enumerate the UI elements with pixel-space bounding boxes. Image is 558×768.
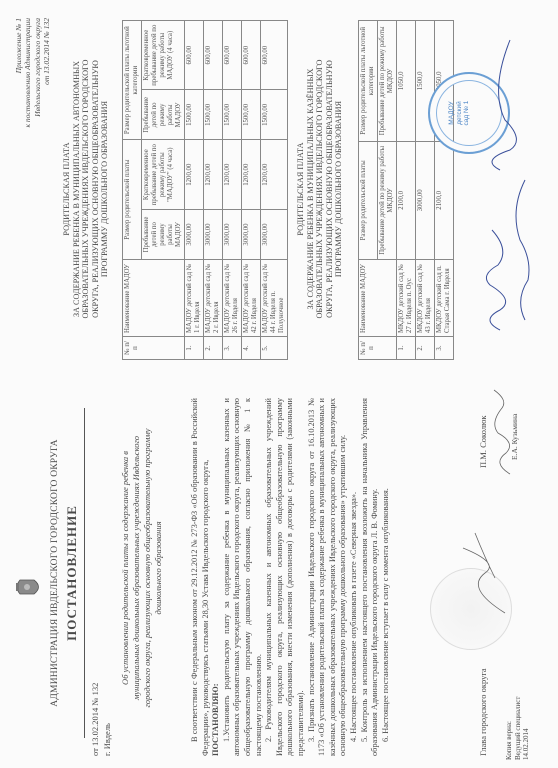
copy-date: 14.02.2014 bbox=[522, 697, 531, 760]
cell-num: 3. bbox=[223, 337, 242, 360]
table-row: 3.МКДОУ детский сад п. Старая Сама г. Ив… bbox=[435, 21, 454, 360]
cell-name: МАДОУ детский сад № 1 г. Ивделя bbox=[185, 260, 204, 337]
col-c4: Кратковременное пребывание детей по режи… bbox=[142, 21, 185, 90]
cell-c2: 1200,00 bbox=[242, 140, 261, 210]
cell-num: 1. bbox=[185, 337, 204, 360]
decree-item-1: 1.Установить родительскую плату за содер… bbox=[222, 398, 264, 756]
cell-name: МКДОУ детский сад № 43 г. Ивделя bbox=[416, 260, 435, 337]
header-divider bbox=[84, 408, 85, 738]
col-name: Наименование МАДОУ bbox=[123, 260, 185, 337]
col-group-benefit: Размер родительской платы льготной катег… bbox=[123, 21, 142, 140]
table-row: 2.МАДОУ детский сад № 2 г. Ивделя3000,00… bbox=[204, 21, 223, 360]
cell-c3: 1500,00 bbox=[204, 90, 223, 140]
title-line: ЗА СОДЕРЖАНИЕ РЕБЕНКА В МУНИЦИПАЛЬНЫХ КА… bbox=[306, 14, 316, 364]
cell-c2: 1050,0 bbox=[397, 21, 416, 142]
cell-c4: 600,00 bbox=[261, 21, 288, 90]
cell-c2: 1200,00 bbox=[185, 140, 204, 210]
table-row: 2.МКДОУ детский сад № 43 г. Ивделя3000,0… bbox=[416, 21, 435, 360]
copy-certification: Копия верна: Ведущий специалист 14.02.20… bbox=[505, 697, 531, 760]
state-fee-table: № п/п Наименование МАДОУ Размер родитель… bbox=[358, 20, 454, 360]
cell-num: 1. bbox=[397, 337, 416, 360]
resolves-heading: ПОСТАНОВЛЯЮ: bbox=[211, 398, 222, 756]
cell-num: 3. bbox=[435, 337, 454, 360]
cell-c1: 3000,00 bbox=[185, 210, 204, 260]
col-c3: Пребывание детей по режиму работы МАДОУ bbox=[142, 90, 185, 140]
cell-c1: 3000,00 bbox=[416, 141, 435, 259]
cell-c1: 3000,00 bbox=[242, 210, 261, 260]
cell-name: МАДОУ детский сад № 44 г. Ивделя п. Полу… bbox=[261, 260, 288, 337]
title-line: ОКРУГА, РЕАЛИЗУЮЩИХ ОСНОВНУЮ ОБЩЕОБРАЗОВ… bbox=[91, 14, 101, 364]
title-line: ПРОГРАММУ ДОШКОЛЬНОГО ОБРАЗОВАНИЯ bbox=[334, 14, 344, 364]
cell-c3: 1500,00 bbox=[242, 90, 261, 140]
copy-position: Ведущий специалист bbox=[514, 697, 523, 760]
document-type: ПОСТАНОВЛЕНИЕ bbox=[64, 408, 80, 738]
stamp-line: МАДОУ bbox=[448, 94, 456, 132]
decree-date-number: от 13.02.2014 № 132 bbox=[90, 683, 100, 756]
coat-of-arms-icon bbox=[14, 576, 44, 598]
title-line: ОБРАЗОВАТЕЛЬНЫХ УЧРЕЖДЕНИЯХ ИВДЕЛЬСКОГО … bbox=[81, 14, 91, 364]
cell-c3: 1500,00 bbox=[261, 90, 288, 140]
title-line: РОДИТЕЛЬСКАЯ ПЛАТА bbox=[62, 14, 72, 364]
cell-c1: 3000,00 bbox=[204, 210, 223, 260]
cell-c4: 600,00 bbox=[242, 21, 261, 90]
table-row: 4.МАДОУ детский сад № 42 г. Ивделя3000,0… bbox=[242, 21, 261, 360]
col-c1: Пребывание детей по режиму работы МАДОУ bbox=[142, 210, 185, 260]
appendix-note: Приложение № 1 к постановлению Администр… bbox=[14, 18, 51, 198]
stamp-text: МАДОУ детский сад № 1 bbox=[448, 94, 471, 132]
autonomous-fee-table: № п/п Наименование МАДОУ Размер родитель… bbox=[122, 20, 288, 360]
appendix-ref-3: от 13.02.2014 № 132 bbox=[42, 18, 51, 198]
cell-c4: 600,00 bbox=[204, 21, 223, 90]
cell-c4: 600,00 bbox=[223, 21, 242, 90]
table-row: 3.МАДОУ детский сад № 26 г. Ивделя3000,0… bbox=[223, 21, 242, 360]
cell-c1: 2100,0 bbox=[435, 141, 454, 259]
table-row: 1.МКДОУ детский сад № 27 г. Ивделя п. Оу… bbox=[397, 21, 416, 360]
table2-title: РОДИТЕЛЬСКАЯ ПЛАТА ЗА СОДЕРЖАНИЕ РЕБЕНКА… bbox=[296, 14, 344, 364]
appendix-number: Приложение № 1 bbox=[14, 18, 23, 198]
appendix-ref-2: Ивдельского городского округа bbox=[33, 18, 42, 198]
cell-c2: 1200,00 bbox=[204, 140, 223, 210]
col-group-fee: Размер родительской платы bbox=[359, 141, 378, 259]
cell-c1: 2100,0 bbox=[397, 141, 416, 259]
col-c2: Пребывание детей по режиму работы МКДОУ bbox=[378, 21, 397, 142]
cell-num: 2. bbox=[204, 337, 223, 360]
col-group-benefit: Размер родительской платы льготной катег… bbox=[359, 21, 378, 142]
appendix-page: Приложение № 1 к постановлению Администр… bbox=[0, 0, 558, 384]
decree-item-6: 6. Настоящее постановление вступает в си… bbox=[381, 398, 392, 756]
copy-label: Копия верна: bbox=[505, 697, 514, 760]
decree-subject: Об установлении родительской платы за со… bbox=[120, 428, 164, 708]
cell-name: МАДОУ детский сад № 26 г. Ивделя bbox=[223, 260, 242, 337]
col-num: № п/п bbox=[359, 337, 397, 360]
stamp-line: детский bbox=[456, 94, 464, 132]
col-group-fee: Размер родительской платы bbox=[123, 140, 142, 260]
cell-name: МКДОУ детский сад п. Старая Сама г. Ивде… bbox=[435, 260, 454, 337]
cell-c2: 1200,00 bbox=[261, 140, 288, 210]
title-line: РОДИТЕЛЬСКАЯ ПЛАТА bbox=[296, 14, 306, 364]
table-row: 5.МАДОУ детский сад № 44 г. Ивделя п. По… bbox=[261, 21, 288, 360]
head-title: Глава городского округа bbox=[478, 668, 488, 756]
title-line: ПРОГРАММУ ДОШКОЛЬНОГО ОБРАЗОВАНИЯ bbox=[100, 14, 110, 364]
col-num: № п/п bbox=[123, 337, 185, 360]
agreed-name: Е.А. Кузьмина bbox=[510, 414, 519, 460]
cell-c3: 1500,00 bbox=[223, 90, 242, 140]
cell-name: МАДОУ детский сад № 2 г. Ивделя bbox=[204, 260, 223, 337]
decree-body: В соответствии с Федеральным законом от … bbox=[190, 398, 391, 756]
preamble: В соответствии с Федеральным законом от … bbox=[190, 398, 211, 756]
cell-num: 5. bbox=[261, 337, 288, 360]
cell-c2: 1200,00 bbox=[223, 140, 242, 210]
decree-item-4: 4. Настоящее постановление опубликовать … bbox=[349, 398, 360, 756]
cell-c3: 1500,00 bbox=[185, 90, 204, 140]
cell-name: МАДОУ детский сад № 42 г. Ивделя bbox=[242, 260, 261, 337]
table1-title: РОДИТЕЛЬСКАЯ ПЛАТА ЗА СОДЕРЖАНИЕ РЕБЕНКА… bbox=[62, 14, 110, 364]
col-name: Наименование МАДОУ bbox=[359, 260, 397, 337]
cell-num: 2. bbox=[416, 337, 435, 360]
title-line: ОКРУГА, РЕАЛИЗУЮЩИХ ОСНОВНУЮ ОБЩЕОБРАЗОВ… bbox=[325, 14, 335, 364]
administration-title: АДМИНИСТРАЦИЯ ИВДЕЛЬСКОГО ГОРОДСКОГО ОКР… bbox=[50, 408, 60, 738]
head-signature bbox=[455, 528, 515, 618]
cell-c1: 3000,00 bbox=[223, 210, 242, 260]
cell-num: 4. bbox=[242, 337, 261, 360]
decree-item-3: 3. Признать постановление Администрации … bbox=[307, 398, 349, 756]
decree-item-2: 2. Руководителям муниципальных казенных … bbox=[264, 398, 306, 756]
appendix-ref-1: к постановлению Администрации bbox=[23, 18, 32, 198]
col-c2: Кратковременное пребывание детей по режи… bbox=[142, 140, 185, 210]
title-line: ОБРАЗОВАТЕЛЬНЫХ УЧРЕЖДЕНИЯХ ИВДЕЛЬСКОГО … bbox=[315, 14, 325, 364]
cell-c1: 3000,00 bbox=[261, 210, 288, 260]
cell-name: МКДОУ детский сад № 27 г. Ивделя п. Оус bbox=[397, 260, 416, 337]
decree-page: АДМИНИСТРАЦИЯ ИВДЕЛЬСКОГО ГОРОДСКОГО ОКР… bbox=[0, 384, 558, 768]
table-row: 1.МАДОУ детский сад № 1 г. Ивделя3000,00… bbox=[185, 21, 204, 360]
decree-item-5: 5. Контроль за исполнением настоящего по… bbox=[360, 398, 381, 756]
cell-c4: 600,00 bbox=[185, 21, 204, 90]
scanned-document: АДМИНИСТРАЦИЯ ИВДЕЛЬСКОГО ГОРОДСКОГО ОКР… bbox=[0, 0, 558, 768]
head-name: П.М. Соколюк bbox=[478, 415, 488, 468]
decree-city: г. Ивдель bbox=[102, 723, 112, 756]
col-c1: Пребывание детей по режиму работы МКДОУ bbox=[378, 141, 397, 259]
handwritten-note bbox=[470, 20, 540, 360]
title-line: ЗА СОДЕРЖАНИЕ РЕБЕНКА В МУНИЦИПАЛЬНЫХ АВ… bbox=[72, 14, 82, 364]
